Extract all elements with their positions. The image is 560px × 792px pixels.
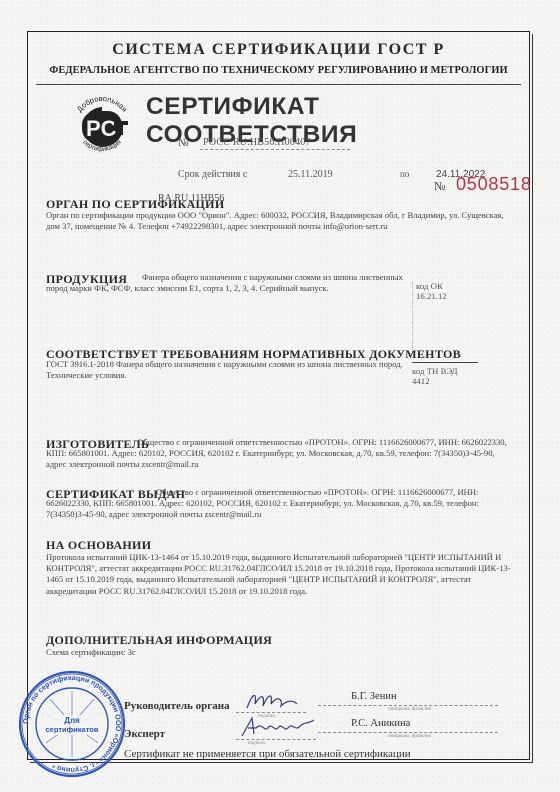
system-title: СИСТЕМА СЕРТИФИКАЦИИ ГОСТ Р [28,41,529,59]
okp-code-box: код ОК 16.21.12 [412,282,447,352]
head-role-label: Руководитель органа [124,700,230,712]
certificate-number: РОСС RU.HB56.H00407 [203,137,311,148]
valid-from: 25.11.2019 [288,169,333,180]
expert-name: Р.С. Аникина [351,718,410,729]
rst-logo-icon: Добровольная сертификация PC [66,91,138,163]
svg-text:PC: PC [86,116,117,141]
expert-sign-caption: подпись [248,741,265,746]
okp-code-value: 16.21.12 [416,292,447,302]
seal-stamp-icon: Орган по сертификации продукции ООО «Ори… [16,669,128,779]
head-name: Б.Г. Зенин [351,691,397,702]
svg-text:Добровольная: Добровольная [75,94,129,114]
footer-note: Сертификат не применяется при обязательн… [124,748,411,760]
certificate-frame: СИСТЕМА СЕРТИФИКАЦИИ ГОСТ Р ФЕДЕРАЛЬНОЕ … [27,31,530,760]
valid-to-label: по [400,169,409,179]
serial-number: 0508518 [456,174,532,195]
validity-label: Срок действия с [178,169,247,180]
additional-info-text: Схема сертификации: 3с [46,647,136,658]
conformity-text: ГОСТ 3916.1-2018 Фанера общего назначени… [46,359,416,381]
tnved-code-box: код ТН ВЭД 4412 [412,362,478,386]
agency-name: ФЕДЕРАЛЬНОЕ АГЕНТСТВО ПО ТЕХНИЧЕСКОМУ РЕ… [28,65,529,76]
svg-text:Для: Для [64,716,80,725]
expert-role-label: Эксперт [124,728,165,740]
header-divider [36,84,521,85]
number-underline [200,149,350,150]
expert-name-line [318,732,498,733]
svg-text:сертификатов: сертификатов [46,725,99,734]
head-signature-icon [243,688,303,714]
issued-to-text: Общество с ограниченной ответственностью… [46,487,516,521]
basis-heading: НА ОСНОВАНИИ [46,538,151,553]
expert-signature-icon [238,714,318,740]
number-label: № [178,137,189,149]
basis-text: Протокола испытаний ЦИК-13-1464 от 15.10… [46,552,516,597]
serial-label: № [434,179,445,194]
cert-body-code: RA.RU.11HB56 [158,193,224,204]
additional-info-heading: ДОПОЛНИТЕЛЬНАЯ ИНФОРМАЦИЯ [46,633,272,648]
expert-name-caption: инициалы, фамилия [388,734,431,739]
manufacturer-text: Общество с ограниченной ответственностью… [46,437,516,471]
head-name-caption: инициалы, фамилия [388,707,431,712]
tnved-code-value: 4412 [412,377,478,387]
head-name-line [318,705,498,706]
product-text: Фанера общего назначения с наружными сло… [46,272,426,294]
cert-body-text: Орган по сертификации продукции ООО "Ори… [46,210,516,232]
